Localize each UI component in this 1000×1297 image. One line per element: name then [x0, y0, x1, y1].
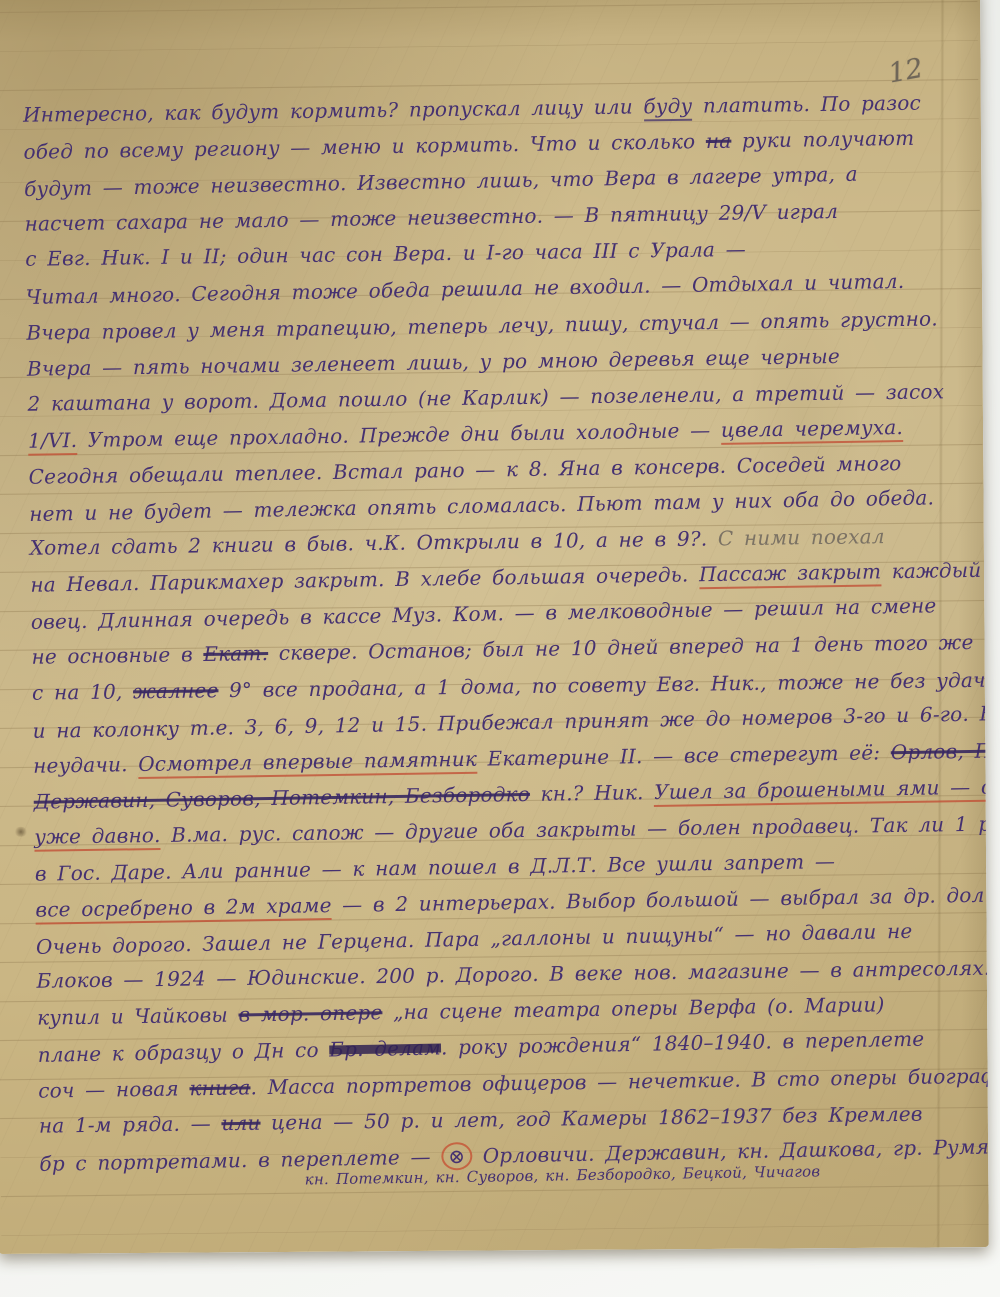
- annotated-text: буду: [643, 94, 692, 122]
- handwritten-text: не основные в: [31, 642, 203, 669]
- annotated-text: С ними поехал: [718, 524, 885, 550]
- handwritten-text: руки получают: [731, 126, 914, 153]
- handwritten-text: каждый: [881, 558, 982, 584]
- annotated-text: или: [221, 1110, 260, 1135]
- handwritten-text: на 1-м ряда. —: [39, 1111, 222, 1137]
- annotated-text: в мор. опере: [238, 1001, 382, 1027]
- annotated-text: цвела черемуха.: [721, 415, 904, 445]
- annotated-text: Бр. делам: [329, 1036, 441, 1062]
- annotated-text: Орлов, Панин: [891, 738, 989, 764]
- annotated-text: ⊗: [441, 1142, 472, 1171]
- annotated-text: книга: [189, 1075, 250, 1100]
- ink-stain: [14, 827, 28, 837]
- handwritten-text: соч — новая: [38, 1076, 190, 1102]
- annotated-text: все осребрено в 2м храме: [35, 893, 332, 925]
- annotated-text: уже давно.: [34, 823, 161, 852]
- manuscript-page: 12 Интересно, как будут кормить? пропуск…: [0, 0, 989, 1254]
- handwritten-text: неудачи.: [33, 752, 138, 778]
- manuscript-text: Интересно, как будут кормить? пропускал …: [23, 89, 970, 1210]
- handwritten-text: с на 10,: [32, 679, 133, 704]
- scan-background: { "page": { "number": "12" }, "colors": …: [0, 0, 1000, 1297]
- annotated-text: Екат.: [203, 641, 268, 666]
- handwritten-text: кн.? Ник.: [530, 780, 654, 806]
- annotated-text: на: [706, 129, 732, 153]
- annotated-text: жалнее: [133, 678, 219, 703]
- annotated-text: 1/VI.: [28, 428, 78, 456]
- annotated-text: Пассаж закрыт: [699, 560, 882, 590]
- handwritten-text: плане к образцу о Дн со: [37, 1038, 329, 1067]
- handwritten-text: купил и Чайковы: [37, 1003, 239, 1030]
- handwritten-text: платить. По разос: [692, 91, 921, 118]
- page-number: 12: [886, 53, 925, 90]
